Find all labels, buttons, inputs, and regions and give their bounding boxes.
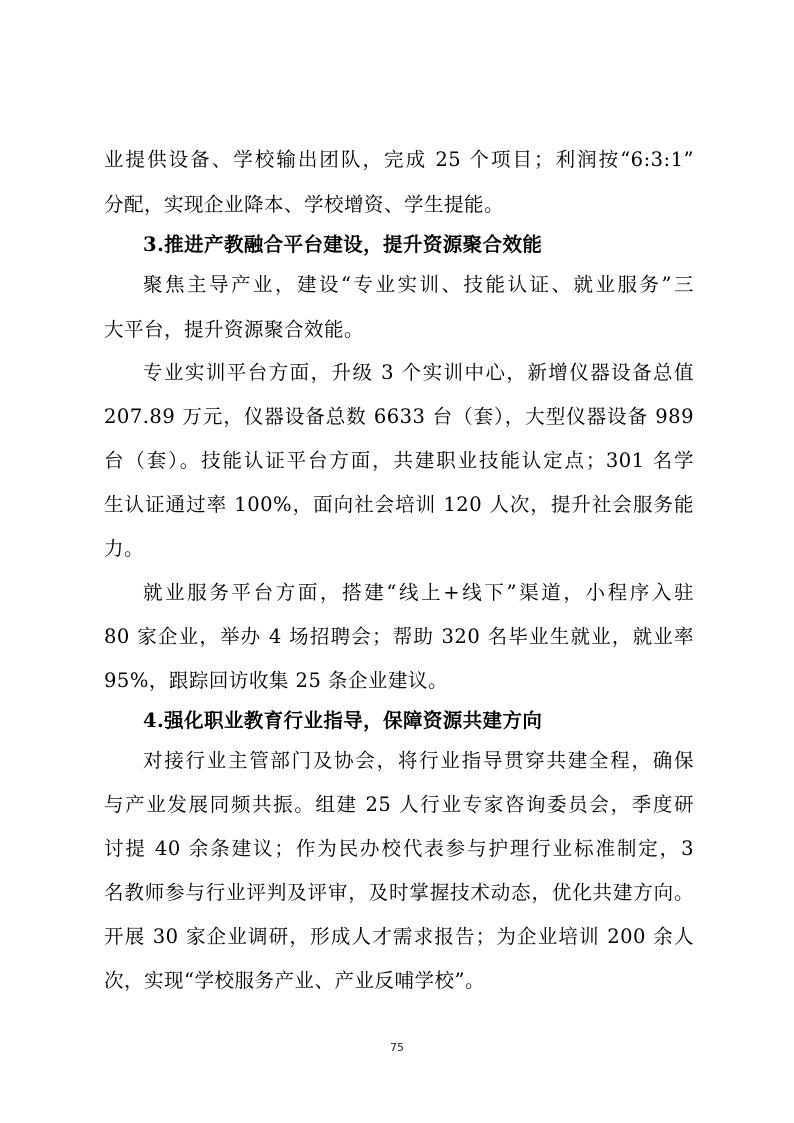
text-line: 专业实训平台方面，升级 3 个实训中心，新增仪器设备总值 <box>143 361 694 385</box>
page-number: 75 <box>0 1041 794 1054</box>
text-line: 业提供设备、学校输出团队，完成 25 个项目；利润按“6:3:1” <box>104 148 694 172</box>
text-line: 207.89 万元，仪器设备总数 6633 台（套），大型仪器设备 989 <box>104 405 694 429</box>
text-line: 生认证通过率 100%，面向社会培训 120 人次，提升社会服务能 <box>104 493 694 517</box>
text-line: 讨提 40 余条建议；作为民办校代表参与护理行业标准制定，3 <box>104 837 694 861</box>
text-line: 次，实现“学校服务产业、产业反哺学校”。 <box>104 969 485 993</box>
text-line: 大平台，提升资源聚合效能。 <box>104 318 364 342</box>
text-line: 对接行业主管部门及协会，将行业指导贯穿共建全程，确保 <box>143 749 694 773</box>
section-heading: 3.推进产教融合平台建设，提升资源聚合效能 <box>143 233 542 257</box>
text-line: 开展 30 家企业调研，形成人才需求报告；为企业培训 200 余人 <box>104 925 694 949</box>
text-line: 聚焦主导产业，建设“专业实训、技能认证、就业服务”三 <box>143 273 694 297</box>
document-page: 业提供设备、学校输出团队，完成 25 个项目；利润按“6:3:1”分配，实现企业… <box>0 0 794 1123</box>
text-line: 80 家企业，举办 4 场招聘会；帮助 320 名毕业生就业，就业率 <box>104 625 694 649</box>
text-line: 名教师参与行业评判及评审，及时掌握技术动态，优化共建方向。 <box>104 881 694 905</box>
text-line: 95%，跟踪回访收集 25 条企业建议。 <box>104 669 448 693</box>
text-line: 分配，实现企业降本、学校增资、学生提能。 <box>104 193 504 217</box>
text-line: 力。 <box>104 537 144 561</box>
section-heading: 4.强化职业教育行业指导，保障资源共建方向 <box>143 709 542 733</box>
text-line: 台（套）。技能认证平台方面，共建职业技能认定点；301 名学 <box>104 449 694 473</box>
text-line: 就业服务平台方面，搭建“线上+线下”渠道，小程序入驻 <box>143 581 694 605</box>
text-line: 与产业发展同频共振。组建 25 人行业专家咨询委员会，季度研 <box>104 793 694 817</box>
